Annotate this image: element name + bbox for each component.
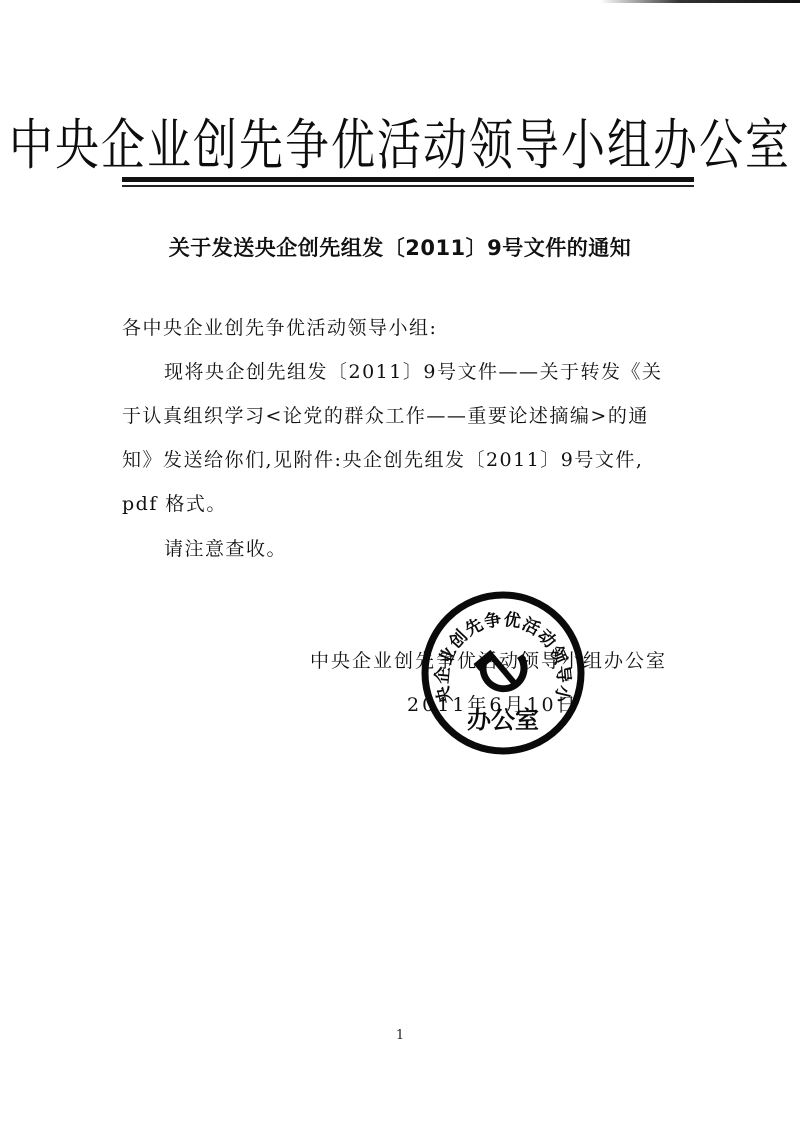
notice-title: 关于发送央企创先组发〔2011〕9号文件的通知 <box>0 232 800 262</box>
letterhead-title: 中央企业创先争优活动领导小组办公室 <box>0 100 800 180</box>
letterhead-rule-thick <box>122 177 694 182</box>
closing-line: 请注意查收。 <box>164 527 736 571</box>
scan-edge <box>600 0 800 3</box>
seal-stamp-icon: 中央企业创先争优活动领导小组 办公室 <box>420 590 586 756</box>
letterhead-rule-thin <box>122 185 694 187</box>
paragraph-line: 知》发送给你们,见附件:央企创先组发〔2011〕9号文件, <box>122 438 694 482</box>
salutation: 各中央企业创先争优活动领导小组: <box>122 306 694 350</box>
paragraph-line: 于认真组织学习<论党的群众工作——重要论述摘编>的通 <box>122 394 694 438</box>
paragraph-line: 现将央企创先组发〔2011〕9号文件——关于转发《关 <box>122 350 694 394</box>
hammer-sickle-icon <box>474 650 528 692</box>
official-seal: 中央企业创先争优活动领导小组 办公室 <box>420 590 586 756</box>
page-number: 1 <box>0 1028 800 1043</box>
paragraph-line: pdf 格式。 <box>122 482 694 526</box>
notice-paragraph: 现将央企创先组发〔2011〕9号文件——关于转发《关 于认真组织学习<论党的群众… <box>122 350 694 526</box>
seal-center-text: 办公室 <box>467 706 539 734</box>
